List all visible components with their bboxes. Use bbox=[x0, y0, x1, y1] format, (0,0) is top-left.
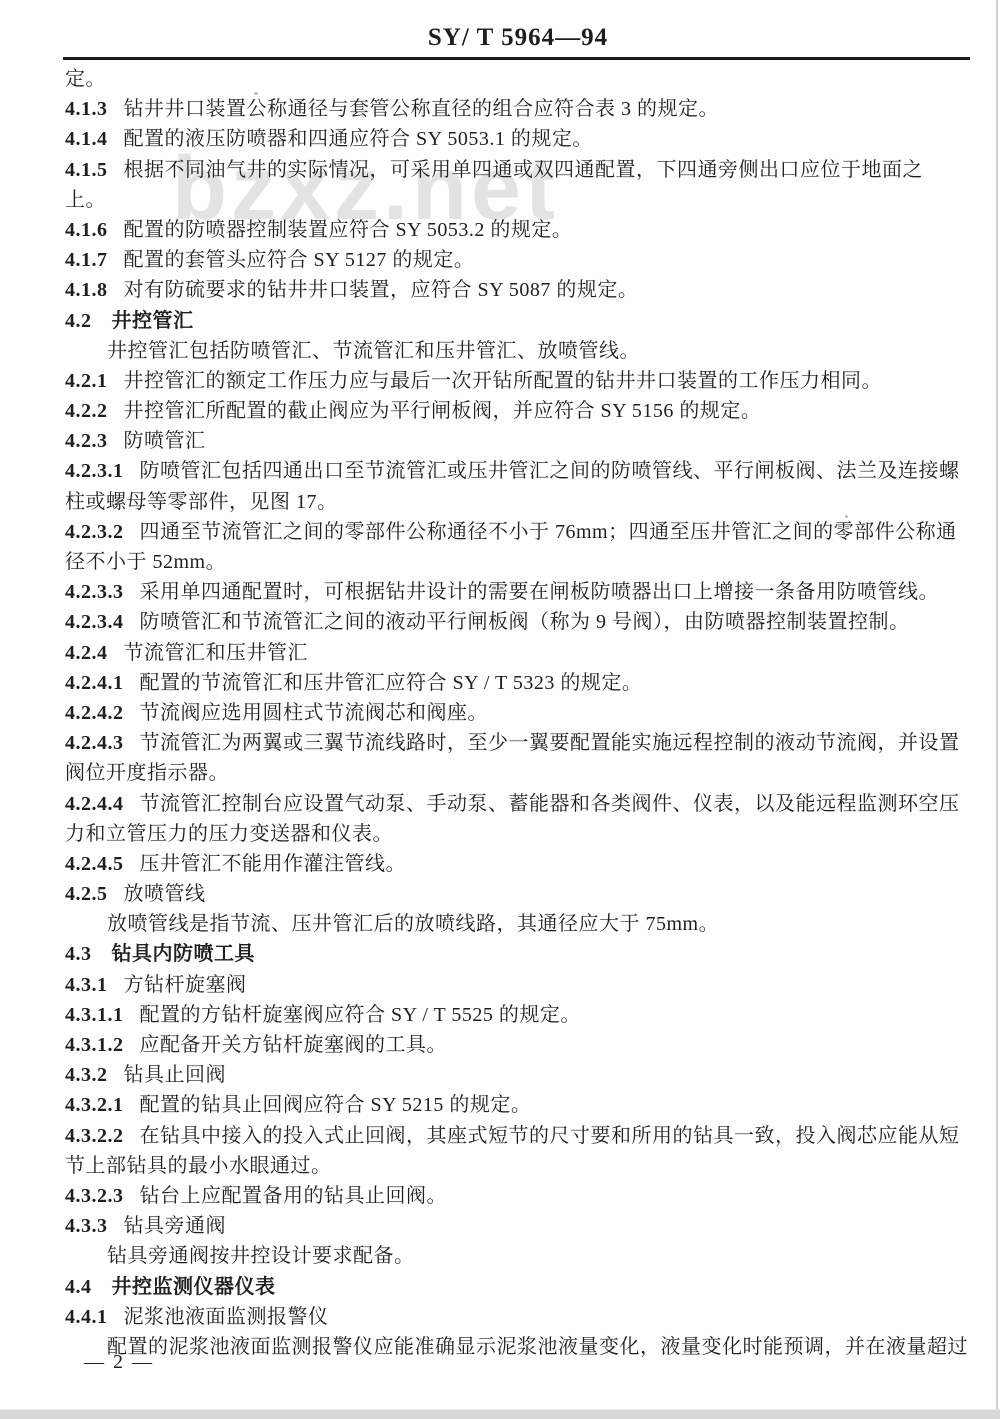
clause-number: 4.2.5 bbox=[65, 883, 108, 905]
text-line: 4.2.4.3节流管汇为两翼或三翼节流线路时，至少一翼要配置能实施远程控制的液动… bbox=[65, 728, 977, 758]
clause-text: 配置的泥浆池液面监测报警仪应能准确显示泥浆池液量变化，液量变化时能预调，并在液量… bbox=[107, 1336, 968, 1358]
text-line: 4.2.5放喷管线 bbox=[65, 879, 977, 909]
text-line: 4.2.4.2节流阀应选用圆柱式节流阀芯和阀座。 bbox=[65, 698, 977, 728]
clause-number: 4.2.4.2 bbox=[65, 702, 124, 724]
clause-number: 4.3.3 bbox=[65, 1215, 108, 1237]
text-line: 钻具旁通阀按井控设计要求配备。 bbox=[65, 1241, 977, 1271]
clause-text: 钻井井口装置公称通径与套管公称直径的组合应符合表 3 的规定。 bbox=[124, 98, 720, 120]
text-line: 4.3.2.2在钻具中接入的投入式止回阀，其座式短节的尺寸要和所用的钻具一致，投… bbox=[65, 1121, 977, 1151]
clause-number: 4.1.7 bbox=[65, 249, 108, 271]
text-line: 4.2.3.2四通至节流管汇之间的零部件公称通径不小于 76mm；四通至压井管汇… bbox=[65, 517, 977, 547]
text-line: 节上部钻具的最小水眼通过。 bbox=[65, 1151, 977, 1181]
clause-text: 压井管汇不能用作灌注管线。 bbox=[140, 853, 407, 875]
text-line: 4.2.4.5压井管汇不能用作灌注管线。 bbox=[65, 849, 977, 879]
clause-number: 4.3.2.1 bbox=[65, 1094, 124, 1116]
text-line: 4.3.1.1配置的方钻杆旋塞阀应符合 SY / T 5525 的规定。 bbox=[65, 1000, 977, 1030]
clause-text: 井控监测仪器仪表 bbox=[112, 1276, 276, 1298]
clause-text: 应配备开关方钻杆旋塞阀的工具。 bbox=[140, 1034, 448, 1056]
clause-number: 4.2.3.3 bbox=[65, 581, 124, 603]
text-line: 4.3.2.1配置的钻具止回阀应符合 SY 5215 的规定。 bbox=[65, 1090, 977, 1120]
clause-text: 泥浆池液面监测报警仪 bbox=[124, 1306, 329, 1328]
text-line: 4.2.4.4节流管汇控制台应设置气动泵、手动泵、蓄能器和各类阀件、仪表，以及能… bbox=[65, 789, 977, 819]
text-line: 放喷管线是指节流、压井管汇后的放喷线路，其通径应大于 75mm。 bbox=[65, 909, 977, 939]
text-line: 4.1.5根据不同油气井的实际情况，可采用单四通或双四通配置，下四通旁侧出口应位… bbox=[65, 155, 977, 185]
scan-speck bbox=[845, 515, 848, 518]
clause-number: 4.2.4.5 bbox=[65, 853, 124, 875]
clause-number: 4.3 bbox=[65, 943, 92, 965]
header-rule bbox=[63, 57, 970, 60]
text-line: 4.1.4配置的液压防喷器和四通应符合 SY 5053.1 的规定。 bbox=[65, 124, 977, 154]
clause-number: 4.4.1 bbox=[65, 1306, 108, 1328]
clause-text: 采用单四通配置时，可根据钻井设计的需要在闸板防喷器出口上增接一条备用防喷管线。 bbox=[140, 581, 940, 603]
clause-text: 柱或螺母等零部件，见图 17。 bbox=[65, 491, 338, 513]
text-line: 4.3.2钻具止回阀 bbox=[65, 1060, 977, 1090]
clause-number: 4.2.4 bbox=[65, 642, 108, 664]
text-line: 上。 bbox=[65, 185, 977, 215]
text-line: 4.1.8对有防硫要求的钻井井口装置，应符合 SY 5087 的规定。 bbox=[65, 275, 977, 305]
clause-text: 阀位开度指示器。 bbox=[65, 762, 229, 784]
document-body: 定。4.1.3钻井井口装置公称通径与套管公称直径的组合应符合表 3 的规定。4.… bbox=[65, 64, 977, 1362]
text-line: 4.2.3.4防喷管汇和节流管汇之间的液动平行闸板阀（称为 9 号阀），由防喷器… bbox=[65, 607, 977, 637]
clause-text: 井控管汇 bbox=[112, 310, 194, 332]
clause-number: 4.1.5 bbox=[65, 159, 108, 181]
text-line: 4.3.2.3钻台上应配置备用的钻具止回阀。 bbox=[65, 1181, 977, 1211]
clause-text: 方钻杆旋塞阀 bbox=[124, 974, 247, 996]
text-line: 力和立管压力的压力变送器和仪表。 bbox=[65, 819, 977, 849]
text-line: 阀位开度指示器。 bbox=[65, 758, 977, 788]
clause-number: 4.2.3.4 bbox=[65, 611, 124, 633]
clause-number: 4.3.2.3 bbox=[65, 1185, 124, 1207]
clause-number: 4.2.4.3 bbox=[65, 732, 124, 754]
clause-text: 根据不同油气井的实际情况，可采用单四通或双四通配置，下四通旁侧出口应位于地面之 bbox=[124, 159, 924, 181]
clause-text: 井控管汇包括防喷管汇、节流管汇和压井管汇、放喷管线。 bbox=[107, 340, 640, 362]
clause-number: 4.2.1 bbox=[65, 370, 108, 392]
text-line: 配置的泥浆池液面监测报警仪应能准确显示泥浆池液量变化，液量变化时能预调，并在液量… bbox=[65, 1332, 977, 1362]
page-number: — 2 — bbox=[84, 1351, 154, 1374]
clause-text: 配置的套管头应符合 SY 5127 的规定。 bbox=[124, 249, 475, 271]
text-line: 4.1.6配置的防喷器控制装置应符合 SY 5053.2 的规定。 bbox=[65, 215, 977, 245]
clause-text: 防喷管汇 bbox=[124, 430, 206, 452]
text-line: 4.2.3防喷管汇 bbox=[65, 426, 977, 456]
clause-text: 井控管汇所配置的截止阀应为平行闸板阀，并应符合 SY 5156 的规定。 bbox=[124, 400, 762, 422]
clause-text: 钻具止回阀 bbox=[124, 1064, 227, 1086]
clause-text: 钻台上应配置备用的钻具止回阀。 bbox=[140, 1185, 448, 1207]
text-line: 4.2.2井控管汇所配置的截止阀应为平行闸板阀，并应符合 SY 5156 的规定… bbox=[65, 396, 977, 426]
text-line: 4.3钻具内防喷工具 bbox=[65, 939, 977, 969]
clause-text: 定。 bbox=[65, 68, 106, 90]
clause-number: 4.2.3.2 bbox=[65, 521, 124, 543]
text-line: 4.2.1井控管汇的额定工作压力应与最后一次开钻所配置的钻井井口装置的工作压力相… bbox=[65, 366, 977, 396]
standard-code-header: SY/ T 5964—94 bbox=[18, 24, 1000, 52]
clause-number: 4.2.2 bbox=[65, 400, 108, 422]
clause-number: 4.2.4.1 bbox=[65, 672, 124, 694]
clause-text: 配置的节流管汇和压井管汇应符合 SY / T 5323 的规定。 bbox=[140, 672, 643, 694]
text-line: 4.1.7配置的套管头应符合 SY 5127 的规定。 bbox=[65, 245, 977, 275]
clause-text: 节流阀应选用圆柱式节流阀芯和阀座。 bbox=[140, 702, 489, 724]
clause-text: 防喷管汇包括四通出口至节流管汇或压井管汇之间的防喷管线、平行闸板阀、法兰及连接螺 bbox=[140, 460, 960, 482]
text-line: 4.2.3.1防喷管汇包括四通出口至节流管汇或压井管汇之间的防喷管线、平行闸板阀… bbox=[65, 456, 977, 486]
clause-text: 钻具旁通阀 bbox=[124, 1215, 227, 1237]
text-line: 径不小于 52mm。 bbox=[65, 547, 977, 577]
clause-number: 4.1.4 bbox=[65, 128, 108, 150]
clause-text: 防喷管汇和节流管汇之间的液动平行闸板阀（称为 9 号阀），由防喷器控制装置控制。 bbox=[140, 611, 910, 633]
text-line: 4.2.4.1配置的节流管汇和压井管汇应符合 SY / T 5323 的规定。 bbox=[65, 668, 977, 698]
clause-text: 四通至节流管汇之间的零部件公称通径不小于 76mm；四通至压井管汇之间的零部件公… bbox=[140, 521, 957, 543]
clause-text: 配置的防喷器控制装置应符合 SY 5053.2 的规定。 bbox=[124, 219, 573, 241]
clause-text: 放喷管线 bbox=[124, 883, 206, 905]
clause-text: 对有防硫要求的钻井井口装置，应符合 SY 5087 的规定。 bbox=[124, 279, 639, 301]
clause-text: 配置的方钻杆旋塞阀应符合 SY / T 5525 的规定。 bbox=[140, 1004, 581, 1026]
text-line: 4.1.3钻井井口装置公称通径与套管公称直径的组合应符合表 3 的规定。 bbox=[65, 94, 977, 124]
clause-number: 4.2.3.1 bbox=[65, 460, 124, 482]
scan-edge-line bbox=[996, 0, 998, 1410]
clause-text: 径不小于 52mm。 bbox=[65, 551, 226, 573]
text-line: 4.2.3.3采用单四通配置时，可根据钻井设计的需要在闸板防喷器出口上增接一条备… bbox=[65, 577, 977, 607]
document-page: SY/ T 5964—94 bzxz.net 定。4.1.3钻井井口装置公称通径… bbox=[0, 0, 1000, 1419]
clause-number: 4.4 bbox=[65, 1276, 92, 1298]
scan-bottom-strip bbox=[0, 1409, 1000, 1419]
clause-text: 节流管汇控制台应设置气动泵、手动泵、蓄能器和各类阀件、仪表，以及能远程监测环空压 bbox=[140, 793, 960, 815]
text-line: 定。 bbox=[65, 64, 977, 94]
clause-text: 钻具内防喷工具 bbox=[112, 943, 256, 965]
text-line: 柱或螺母等零部件，见图 17。 bbox=[65, 487, 977, 517]
text-line: 4.2井控管汇 bbox=[65, 306, 977, 336]
clause-number: 4.2 bbox=[65, 310, 92, 332]
text-line: 4.3.1方钻杆旋塞阀 bbox=[65, 970, 977, 1000]
clause-text: 节上部钻具的最小水眼通过。 bbox=[65, 1155, 332, 1177]
text-line: 4.4井控监测仪器仪表 bbox=[65, 1272, 977, 1302]
text-line: 4.3.3钻具旁通阀 bbox=[65, 1211, 977, 1241]
clause-text: 放喷管线是指节流、压井管汇后的放喷线路，其通径应大于 75mm。 bbox=[107, 913, 719, 935]
text-line: 井控管汇包括防喷管汇、节流管汇和压井管汇、放喷管线。 bbox=[65, 336, 977, 366]
scan-speck bbox=[254, 92, 258, 95]
clause-text: 井控管汇的额定工作压力应与最后一次开钻所配置的钻井井口装置的工作压力相同。 bbox=[124, 370, 883, 392]
clause-number: 4.1.8 bbox=[65, 279, 108, 301]
text-line: 4.4.1泥浆池液面监测报警仪 bbox=[65, 1302, 977, 1332]
clause-text: 配置的液压防喷器和四通应符合 SY 5053.1 的规定。 bbox=[124, 128, 593, 150]
clause-number: 4.2.3 bbox=[65, 430, 108, 452]
clause-text: 在钻具中接入的投入式止回阀，其座式短节的尺寸要和所用的钻具一致，投入阀芯应能从短 bbox=[140, 1125, 960, 1147]
clause-text: 上。 bbox=[65, 189, 106, 211]
text-line: 4.2.4节流管汇和压井管汇 bbox=[65, 638, 977, 668]
clause-text: 节流管汇和压井管汇 bbox=[124, 642, 309, 664]
clause-text: 力和立管压力的压力变送器和仪表。 bbox=[65, 823, 393, 845]
clause-number: 4.3.1.2 bbox=[65, 1034, 124, 1056]
clause-number: 4.2.4.4 bbox=[65, 793, 124, 815]
clause-number: 4.3.1 bbox=[65, 974, 108, 996]
text-line: 4.3.1.2应配备开关方钻杆旋塞阀的工具。 bbox=[65, 1030, 977, 1060]
clause-number: 4.3.1.1 bbox=[65, 1004, 124, 1026]
clause-number: 4.1.3 bbox=[65, 98, 108, 120]
clause-number: 4.3.2.2 bbox=[65, 1125, 124, 1147]
clause-number: 4.1.6 bbox=[65, 219, 108, 241]
clause-text: 配置的钻具止回阀应符合 SY 5215 的规定。 bbox=[140, 1094, 532, 1116]
clause-text: 钻具旁通阀按井控设计要求配备。 bbox=[107, 1245, 415, 1267]
clause-text: 节流管汇为两翼或三翼节流线路时，至少一翼要配置能实施远程控制的液动节流阀，并设置 bbox=[140, 732, 960, 754]
clause-number: 4.3.2 bbox=[65, 1064, 108, 1086]
